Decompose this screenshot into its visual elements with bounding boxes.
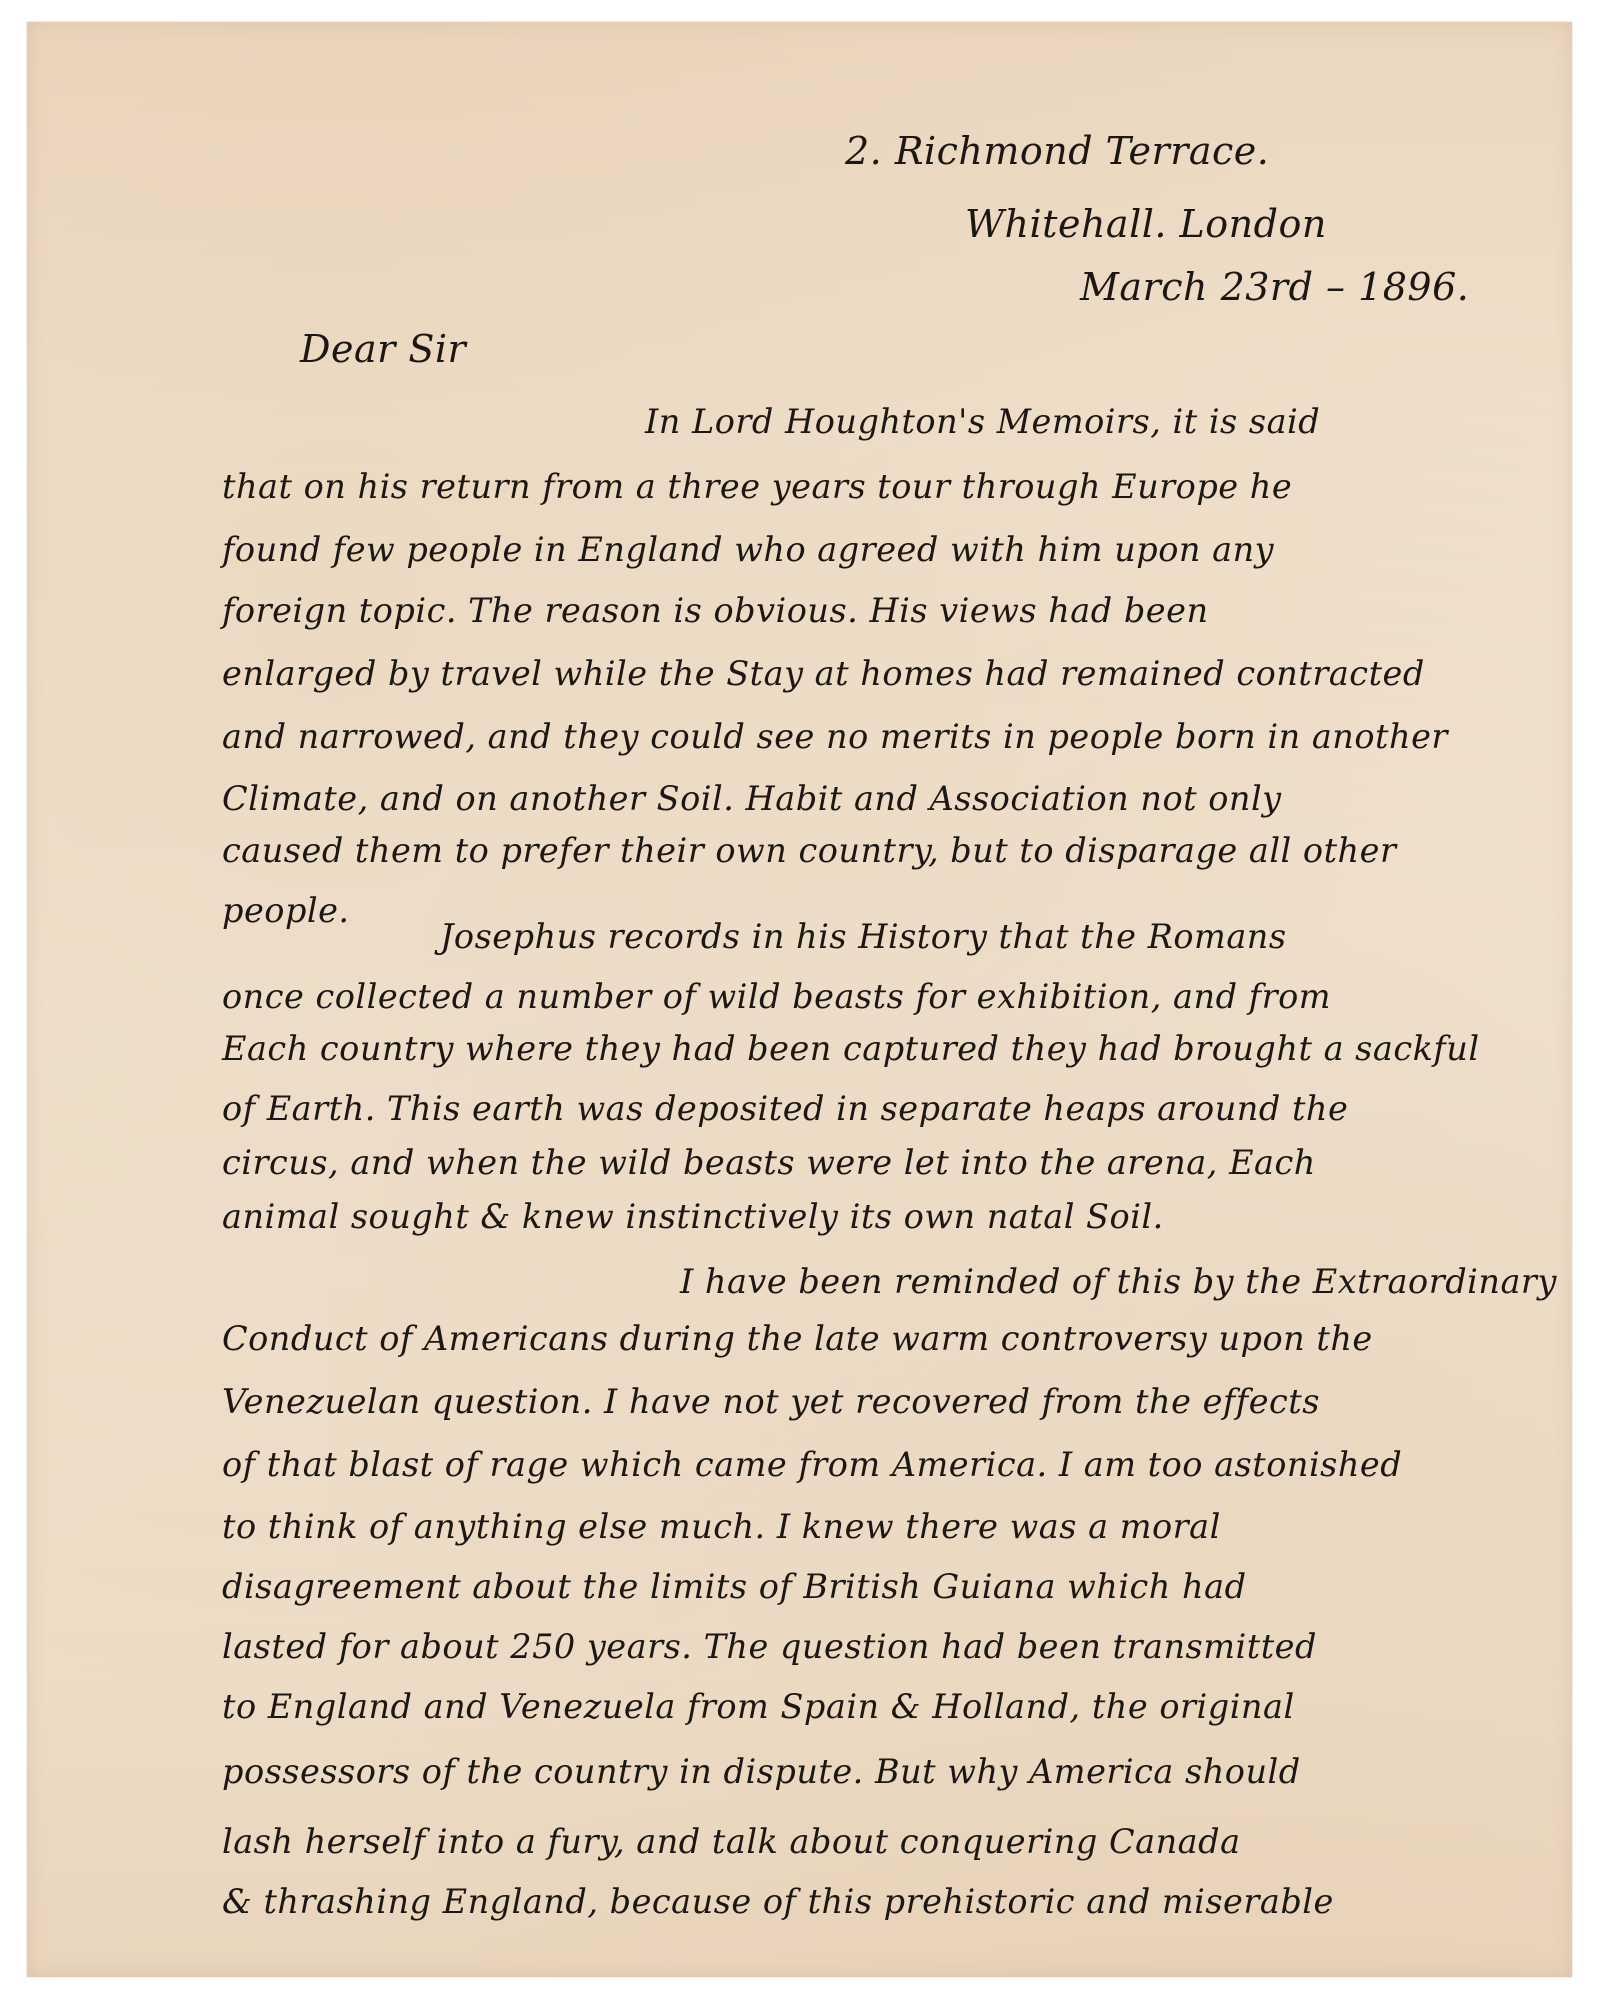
body-line: circus, and when the wild beasts were le… (222, 1146, 1316, 1180)
body-line: disagreement about the limits of British… (222, 1570, 1247, 1604)
body-line: to England and Venezuela from Spain & Ho… (222, 1690, 1295, 1724)
body-line: animal sought & knew instinctively its o… (222, 1200, 1164, 1234)
body-line: and narrowed, and they could see no meri… (222, 720, 1448, 754)
body-line: of Earth. This earth was deposited in se… (222, 1092, 1348, 1126)
body-line: Venezuelan question. I have not yet reco… (222, 1385, 1320, 1419)
body-line: Climate, and on another Soil. Habit and … (222, 782, 1282, 816)
body-line: to think of anything else much. I knew t… (222, 1510, 1221, 1544)
letter-date: March 23rd – 1896. (1080, 268, 1469, 306)
salutation: Dear Sir (300, 330, 466, 368)
body-line: lasted for about 250 years. The question… (222, 1630, 1317, 1664)
body-line: I have been reminded of this by the Extr… (680, 1265, 1557, 1299)
address-line-1: 2. Richmond Terrace. (845, 132, 1269, 170)
body-line: & thrashing England, because of this pre… (222, 1885, 1334, 1919)
body-line: that on his return from a three years to… (222, 470, 1292, 504)
body-line: found few people in England who agreed w… (222, 533, 1274, 567)
body-line: of that blast of rage which came from Am… (222, 1448, 1402, 1482)
body-line: Josephus records in his History that the… (440, 920, 1287, 954)
body-line: people. (222, 894, 350, 928)
body-line: foreign topic. The reason is obvious. Hi… (222, 594, 1209, 628)
body-line: enlarged by travel while the Stay at hom… (222, 657, 1425, 691)
body-line: lash herself into a fury, and talk about… (222, 1825, 1241, 1859)
body-line: In Lord Houghton's Memoirs, it is said (645, 405, 1550, 439)
body-line: once collected a number of wild beasts f… (222, 980, 1331, 1014)
body-line: Each country where they had been capture… (222, 1032, 1480, 1066)
address-line-2: Whitehall. London (965, 205, 1327, 243)
body-line: caused them to prefer their own country,… (222, 834, 1396, 868)
body-line: Conduct of Americans during the late war… (222, 1322, 1373, 1356)
body-line: possessors of the country in dispute. Bu… (222, 1755, 1301, 1789)
